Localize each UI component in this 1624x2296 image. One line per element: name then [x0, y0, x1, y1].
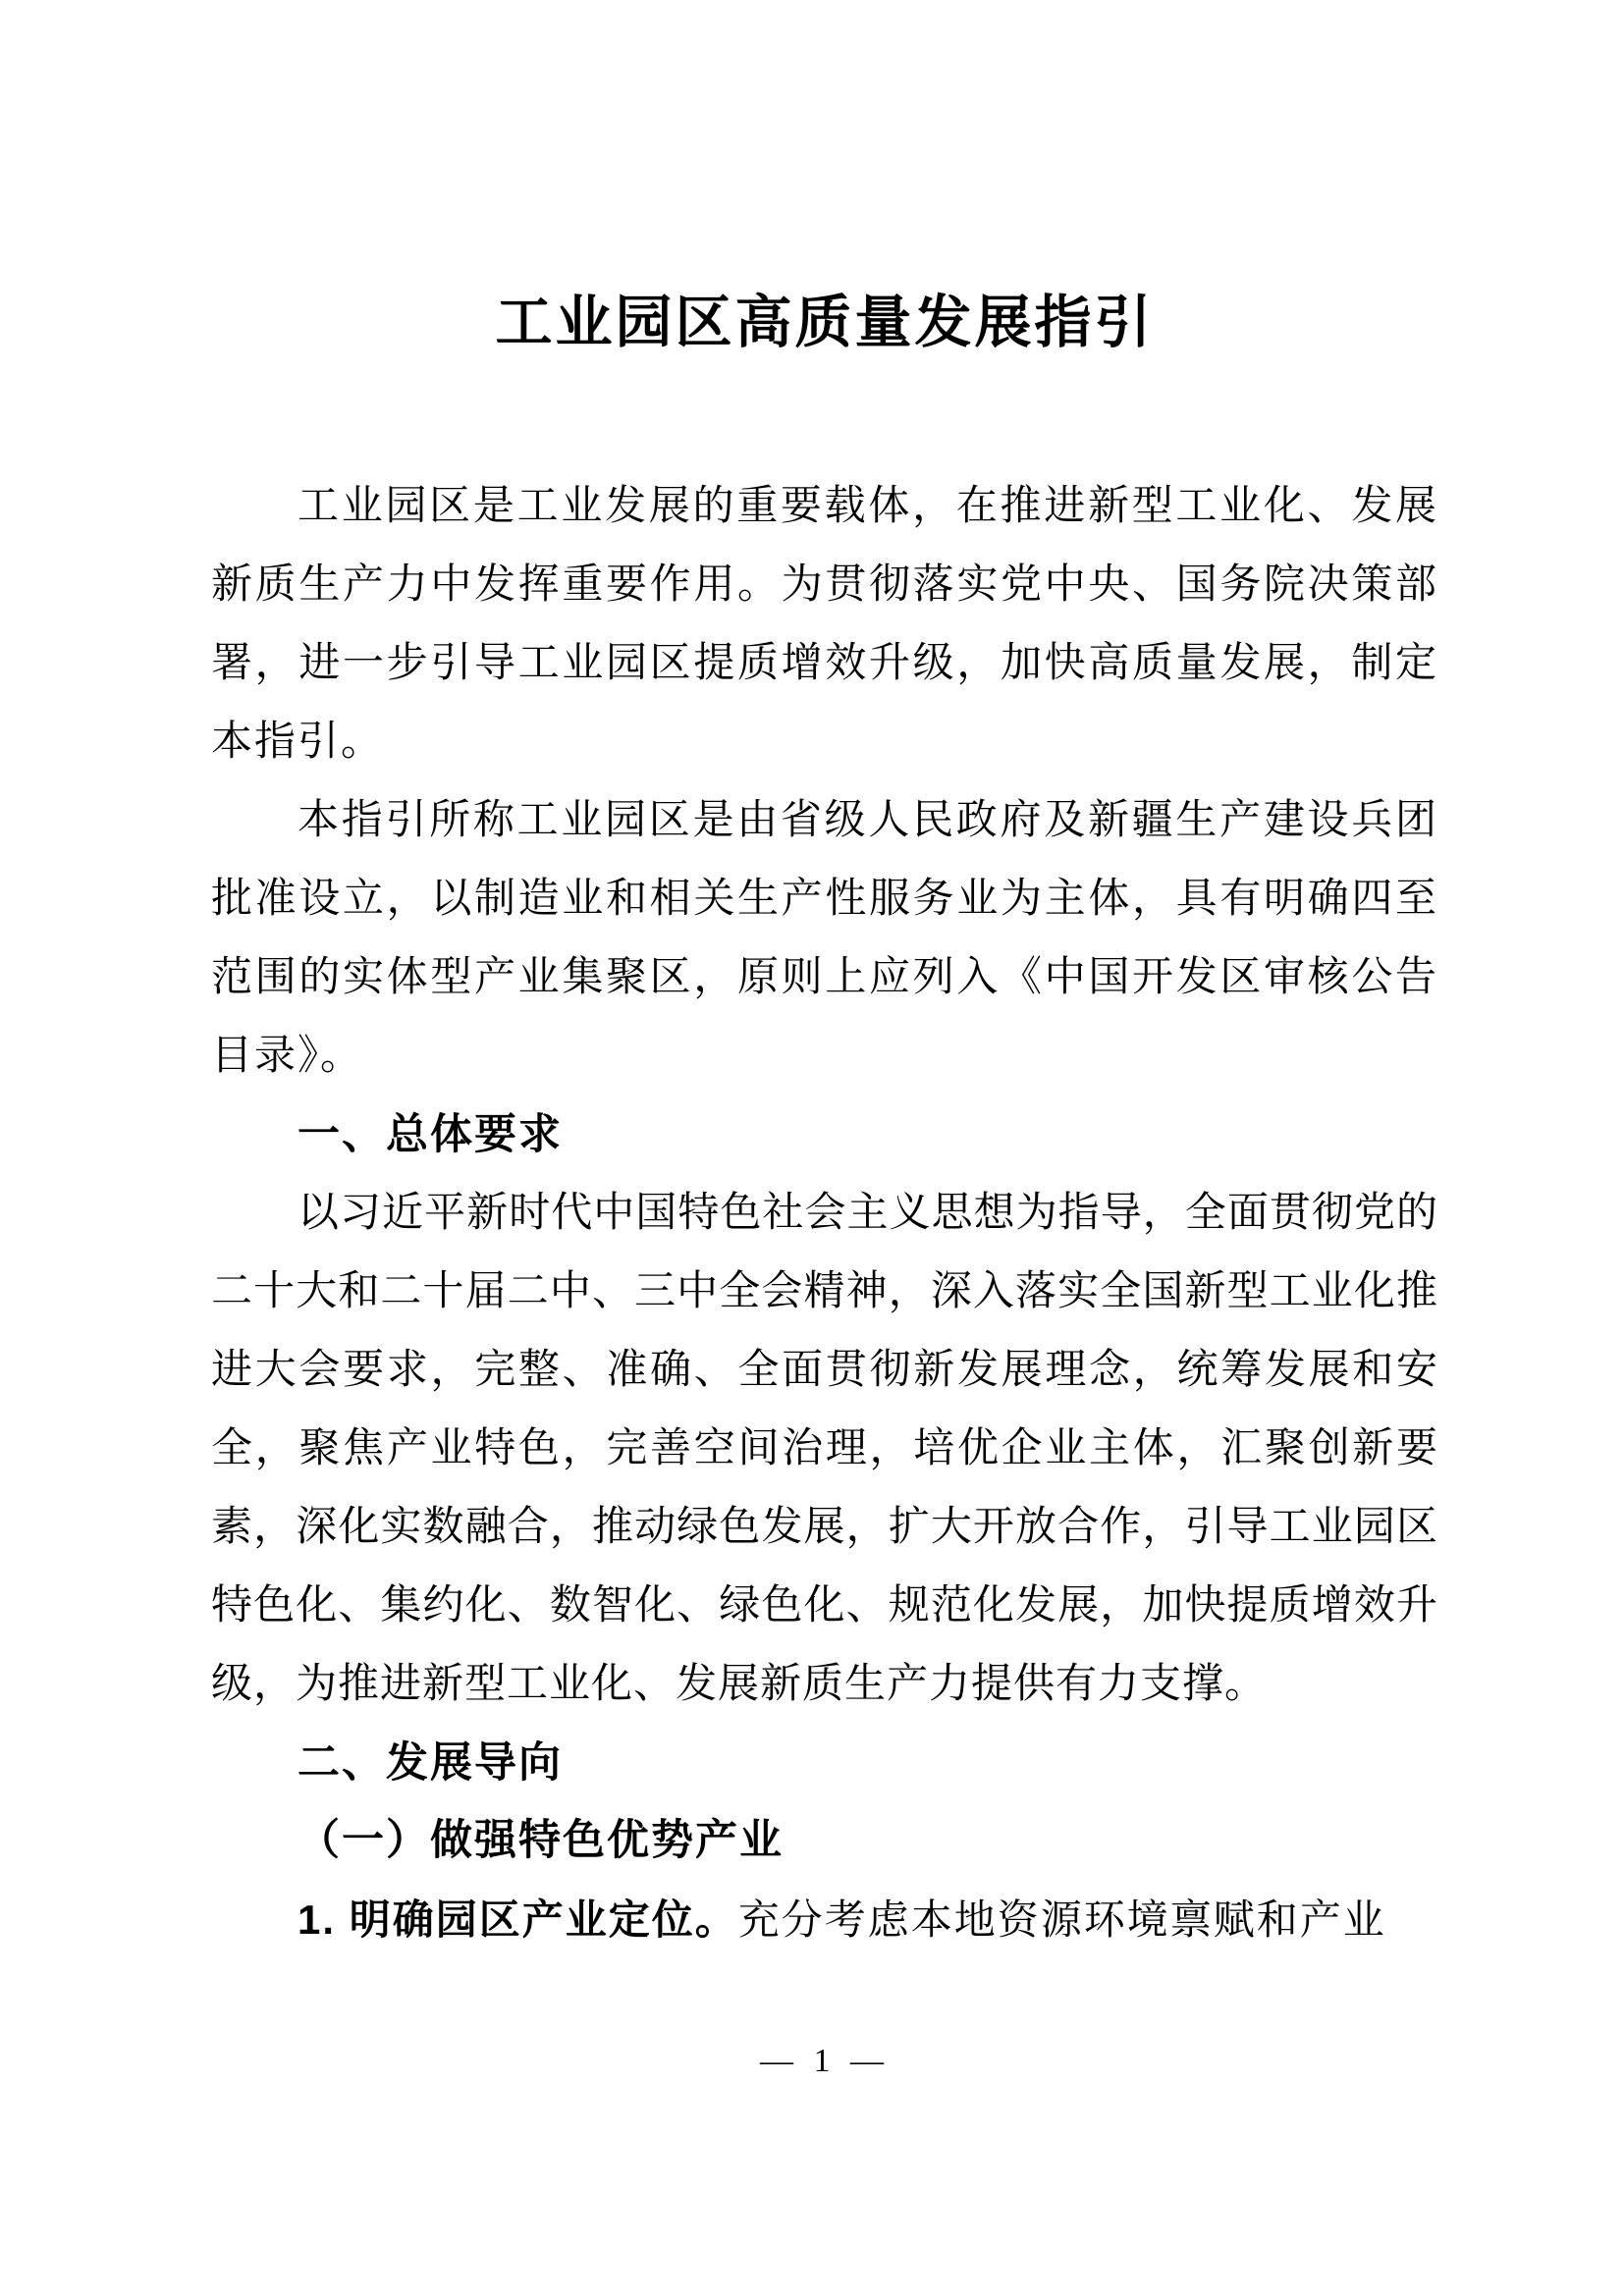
- item-1-body-text: 充分考虑本地资源环境禀赋和产业: [738, 1898, 1386, 1944]
- section-1-body: 以习近平新时代中国特色社会主义思想为指导，全面贯彻党的二十大和二十届二中、三中全…: [211, 1174, 1438, 1724]
- section-2-heading: 二、发展导向: [211, 1724, 1438, 1802]
- document-title: 工业园区高质量发展指引: [211, 281, 1438, 365]
- page-number: — 1 —: [211, 2040, 1438, 2083]
- intro-paragraph-1: 工业园区是工业发展的重要载体，在推进新型工业化、发展新质生产力中发挥重要作用。为…: [211, 467, 1438, 781]
- text-block: 工业园区高质量发展指引 工业园区是工业发展的重要载体，在推进新型工业化、发展新质…: [211, 0, 1438, 1960]
- document-body: 工业园区是工业发展的重要载体，在推进新型工业化、发展新质生产力中发挥重要作用。为…: [211, 467, 1438, 1960]
- document-page: 工业园区高质量发展指引 工业园区是工业发展的重要载体，在推进新型工业化、发展新质…: [0, 0, 1624, 2296]
- intro-paragraph-2: 本指引所称工业园区是由省级人民政府及新疆生产建设兵团批准设立，以制造业和相关生产…: [211, 781, 1438, 1095]
- item-1-bold-lead: 1. 明确园区产业定位。: [298, 1896, 738, 1943]
- section-2-subheading: （一）做强特色优势产业: [211, 1802, 1438, 1881]
- section-2-item-1-paragraph: 1. 明确园区产业定位。充分考虑本地资源环境禀赋和产业: [211, 1881, 1438, 1960]
- section-1-heading: 一、总体要求: [211, 1095, 1438, 1174]
